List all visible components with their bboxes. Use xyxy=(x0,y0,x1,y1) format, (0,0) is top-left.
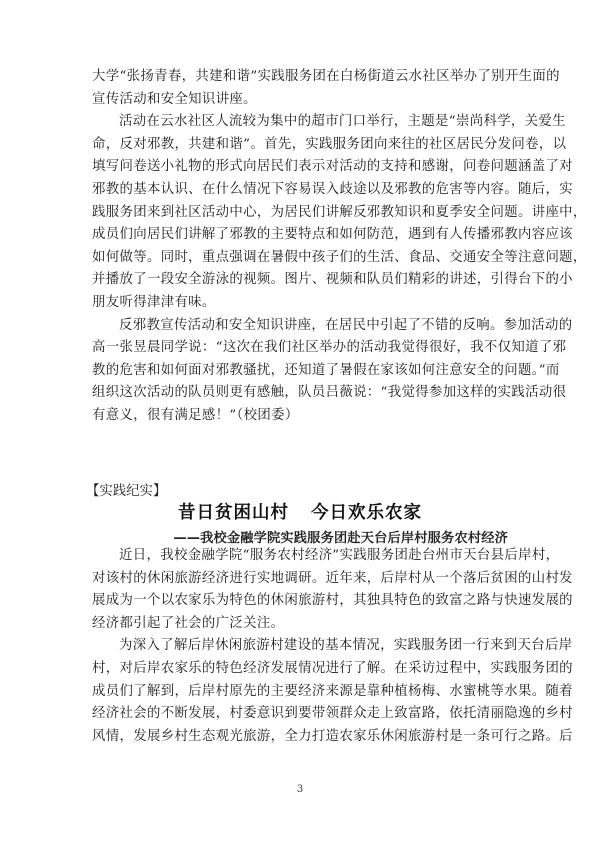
text-line: 践服务团来到社区活动中心，为居民们讲解反邪教知识和夏季安全问题。讲座中， xyxy=(92,202,508,225)
text-line: 为深入了解后岸休闲旅游村建设的基本情况，实践服务团一行来到天台后岸 xyxy=(92,635,508,658)
article-body: 近日，我校金融学院“服务农村经济”实践服务团赴台州市天台县后岸村， 对该村的休闲… xyxy=(92,545,508,748)
text-line: 大学“张扬青春，共建和谐”实践服务团在白杨街道云水社区举办了别开生面的 xyxy=(92,66,508,89)
text-line: 有意义，很有满足感！”（校团委） xyxy=(92,405,508,428)
text-line: 填写问卷送小礼物的形式向居民们表示对活动的支持和感谢，问卷问题涵盖了对 xyxy=(92,156,508,179)
text-line: 村，对后岸农家乐的特色经济发展情况进行了解。在采访过程中，实践服务团的 xyxy=(92,658,508,681)
text-line: 经济社会的不断发展，村委意识到要带领群众走上致富路，依托清丽隐逸的乡村 xyxy=(92,703,508,726)
text-line: 朋友听得津津有味。 xyxy=(92,292,508,315)
article-title: 昔日贫困山村今日欢乐农家 xyxy=(0,499,600,524)
text-line: 展成为一个以农家乐为特色的休闲旅游村，其独具特色的致富之路与快速发展的 xyxy=(92,590,508,613)
article-subtitle: ——我校金融学院实践服务团赴天台后岸村服务农村经济 xyxy=(173,527,508,546)
text-line: 如何做等。同时，重点强调在暑假中孩子们的生活、食品、交通安全等注意问题， xyxy=(92,247,508,270)
text-line: 风情，发展乡村生态观光旅游，全力打造农家乐休闲旅游村是一条可行之路。后 xyxy=(92,726,508,749)
text-line: 活动在云水社区人流较为集中的超市门口举行，主题是“崇尚科学，关爱生 xyxy=(92,111,508,134)
text-line: 近日，我校金融学院“服务农村经济”实践服务团赴台州市天台县后岸村， xyxy=(92,545,508,568)
article-title-part1: 昔日贫困山村 xyxy=(178,503,289,523)
text-line: 成员们向居民们讲解了邪教的主要特点和如何防范，遇到有人传播邪教内容应该 xyxy=(92,224,508,247)
text-line: 命，反对邪教，共建和谐”。首先，实践服务团向来往的社区居民分发问卷，以 xyxy=(92,134,508,157)
text-line: 对该村的休闲旅游经济进行实地调研。近年来，后岸村从一个落后贫困的山村发 xyxy=(92,568,508,591)
section-tag: 【实践纪实】 xyxy=(86,480,166,499)
text-line: 教的危害和如何面对邪教骚扰，还知道了暑假在家该如何注意安全的问题。”而 xyxy=(92,360,508,383)
text-line: 经济都引起了社会的广泛关注。 xyxy=(92,613,508,636)
text-line: 成员们了解到，后岸村原先的主要经济来源是靠种植杨梅、水蜜桃等水果。随着 xyxy=(92,681,508,704)
document-body-top: 大学“张扬青春，共建和谐”实践服务团在白杨街道云水社区举办了别开生面的 宣传活动… xyxy=(92,66,508,428)
text-line: 邪教的基本认识、在什么情况下容易误入歧途以及邪教的危害等内容。随后，实 xyxy=(92,179,508,202)
text-line: 并播放了一段安全游泳的视频。图片、视频和队员们精彩的讲述，引得台下的小 xyxy=(92,269,508,292)
text-line: 宣传活动和安全知识讲座。 xyxy=(92,89,508,112)
article-title-part2: 今日欢乐农家 xyxy=(311,503,422,523)
page-number: 3 xyxy=(0,784,600,795)
text-line: 组织这次活动的队员则更有感触，队员吕薇说：“我觉得参加这样的实践活动很 xyxy=(92,382,508,405)
text-line: 高一张昱晨同学说：“这次在我们社区举办的活动我觉得很好，我不仅知道了邪 xyxy=(92,337,508,360)
text-line: 反邪教宣传活动和安全知识讲座，在居民中引起了不错的反响。参加活动的 xyxy=(92,315,508,338)
